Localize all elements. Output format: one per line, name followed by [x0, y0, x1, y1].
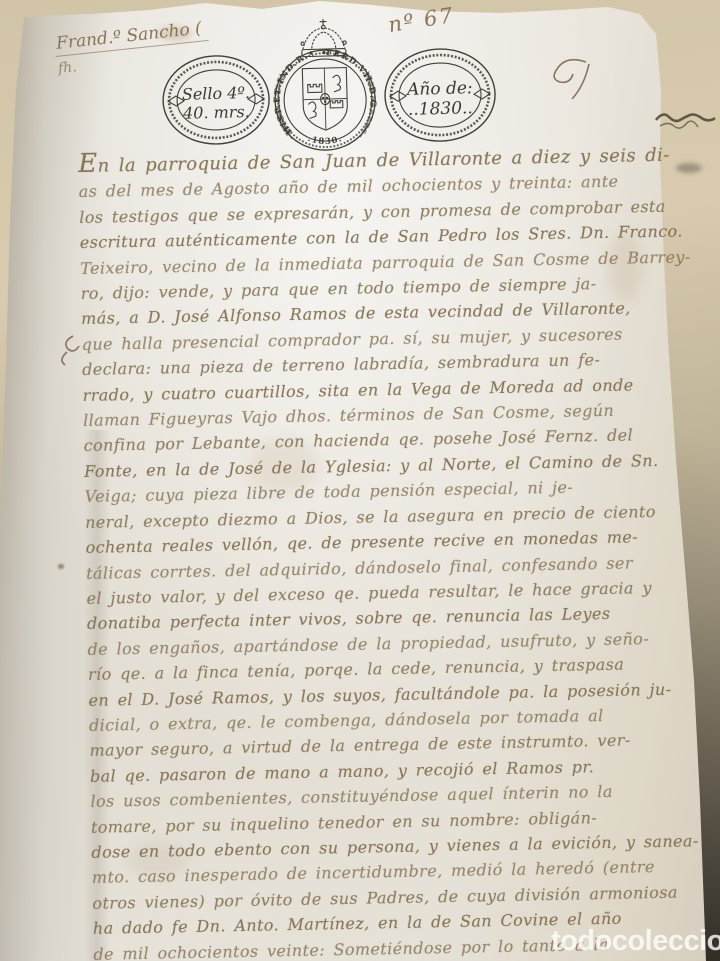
margin-mark [62, 336, 79, 365]
stamp-right-line1: Año de: [405, 78, 473, 100]
stamp-right-line2: ..1830.. [408, 98, 473, 120]
lion-glyph [308, 102, 316, 119]
flourish-mark [554, 60, 589, 99]
stamp-left-oval: Sello 4º. 40. mrs. [162, 55, 270, 146]
edge-scribble [656, 115, 715, 129]
seal-right-inscription: FERD.VII.D.G. [325, 47, 378, 115]
watermark-text: todocoleccion [551, 925, 720, 958]
stamp-left-line1: Sello 4º. [182, 83, 251, 104]
coat-of-arms-icon [302, 68, 348, 131]
tax-stamp: Sello 4º. 40. mrs. Año de: ..1830.. [161, 15, 496, 155]
stamp-right-oval: Año de: ..1830.. [384, 48, 496, 143]
castle-glyph [308, 84, 322, 92]
document-photo: Frand.º Sancho ( fh. nº 67 [0, 0, 720, 961]
diamond-ornament [390, 91, 406, 101]
lion-glyph [332, 75, 340, 92]
castle-glyph [330, 101, 343, 108]
manuscript-text: En la parroquia de San Juan de Villaront… [78, 141, 669, 961]
stamp-left-line2: 40. mrs. [182, 102, 250, 123]
